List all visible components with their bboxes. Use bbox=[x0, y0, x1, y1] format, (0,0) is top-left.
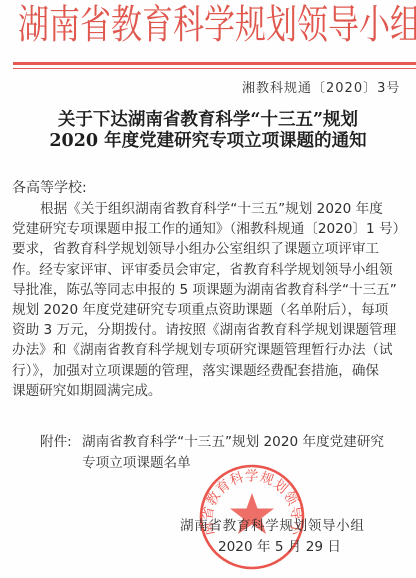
letterhead: 湖 南 省 教 育 科 学 规 划 领 导 小 组 bbox=[18, 2, 414, 48]
document-number: 湘教科规通〔2020〕3号 bbox=[242, 80, 400, 98]
letterhead-char: 小 bbox=[359, 0, 390, 53]
document-title: 关于下达湖南省教育科学“十三五”规划 2020 年度党建研究专项立项课题的通知 bbox=[0, 110, 416, 152]
body-line: 办法》和《湖南省教育科学规划专项研究课题管理暂行办法（试 bbox=[12, 340, 407, 360]
letterhead-char: 教 bbox=[111, 0, 142, 53]
signature: 湖南省教育科学规划领导小组 bbox=[180, 517, 365, 535]
attachment-line: 湖南省教育科学“十三五”规划 2020 年度党建研究 bbox=[82, 432, 384, 453]
body-line: 资助 3 万元，分期拨付。请按照《湖南省教育科学规划课题管理 bbox=[12, 320, 407, 340]
letterhead-char: 规 bbox=[235, 0, 266, 53]
title-line: 关于下达湖南省教育科学“十三五”规划 bbox=[0, 110, 416, 131]
attachment-note: 附件: 湖南省教育科学“十三五”规划 2020 年度党建研究 专项立项课题名单 bbox=[40, 432, 384, 473]
title-line: 2020 年度党建研究专项立项课题的通知 bbox=[0, 131, 416, 152]
body-line: 课题研究如期圆满完成。 bbox=[12, 381, 407, 401]
attachment-line: 专项立项课题名单 bbox=[40, 453, 384, 474]
letterhead-char: 省 bbox=[80, 0, 111, 53]
document-page: 湖 南 省 教 育 科 学 规 划 领 导 小 组 湘教科规通〔2020〕3号 … bbox=[0, 0, 416, 578]
letterhead-char: 科 bbox=[173, 0, 204, 53]
letterhead-rule-thin bbox=[13, 68, 416, 69]
body-line: 根据《关于组织湖南省教育科学“十三五”规划 2020 年度 bbox=[12, 199, 407, 219]
body-line: 行）》，加强对立项课题的管理，落实课题经费配套措施，确保 bbox=[12, 361, 407, 381]
letterhead-char: 导 bbox=[328, 0, 359, 53]
letterhead-char: 领 bbox=[297, 0, 328, 53]
body-paragraph: 根据《关于组织湖南省教育科学“十三五”规划 2020 年度 党建研究专项课题申报… bbox=[12, 199, 407, 401]
body-line: 导批准，陈弘等同志申报的 5 项课题为湖南省教育科学“十三五” bbox=[12, 280, 407, 300]
letterhead-rule-thick bbox=[13, 62, 416, 65]
salutation: 各高等学校: bbox=[12, 178, 87, 198]
body-line: 要求，省教育科学规划领导小组办公室组织了课题立项评审工 bbox=[12, 239, 407, 259]
letterhead-char: 湖 bbox=[18, 0, 49, 53]
issue-date: 2020 年 5 月 29 日 bbox=[218, 538, 341, 556]
attachment-label: 附件: bbox=[40, 432, 82, 453]
letterhead-char: 组 bbox=[390, 0, 416, 53]
letterhead-char: 育 bbox=[142, 0, 173, 53]
body-line: 规划 2020 年度党建研究专项重点资助课题（名单附后），每项 bbox=[12, 300, 407, 320]
body-line: 党建研究专项课题申报工作的通知》（湘教科规通〔2020〕1 号） bbox=[12, 219, 407, 239]
body-line: 作。经专家评审、评审委员会审定，省教育科学规划领导小组领 bbox=[12, 260, 407, 280]
letterhead-char: 学 bbox=[204, 0, 235, 53]
letterhead-char: 南 bbox=[49, 0, 80, 53]
letterhead-char: 划 bbox=[266, 0, 297, 53]
